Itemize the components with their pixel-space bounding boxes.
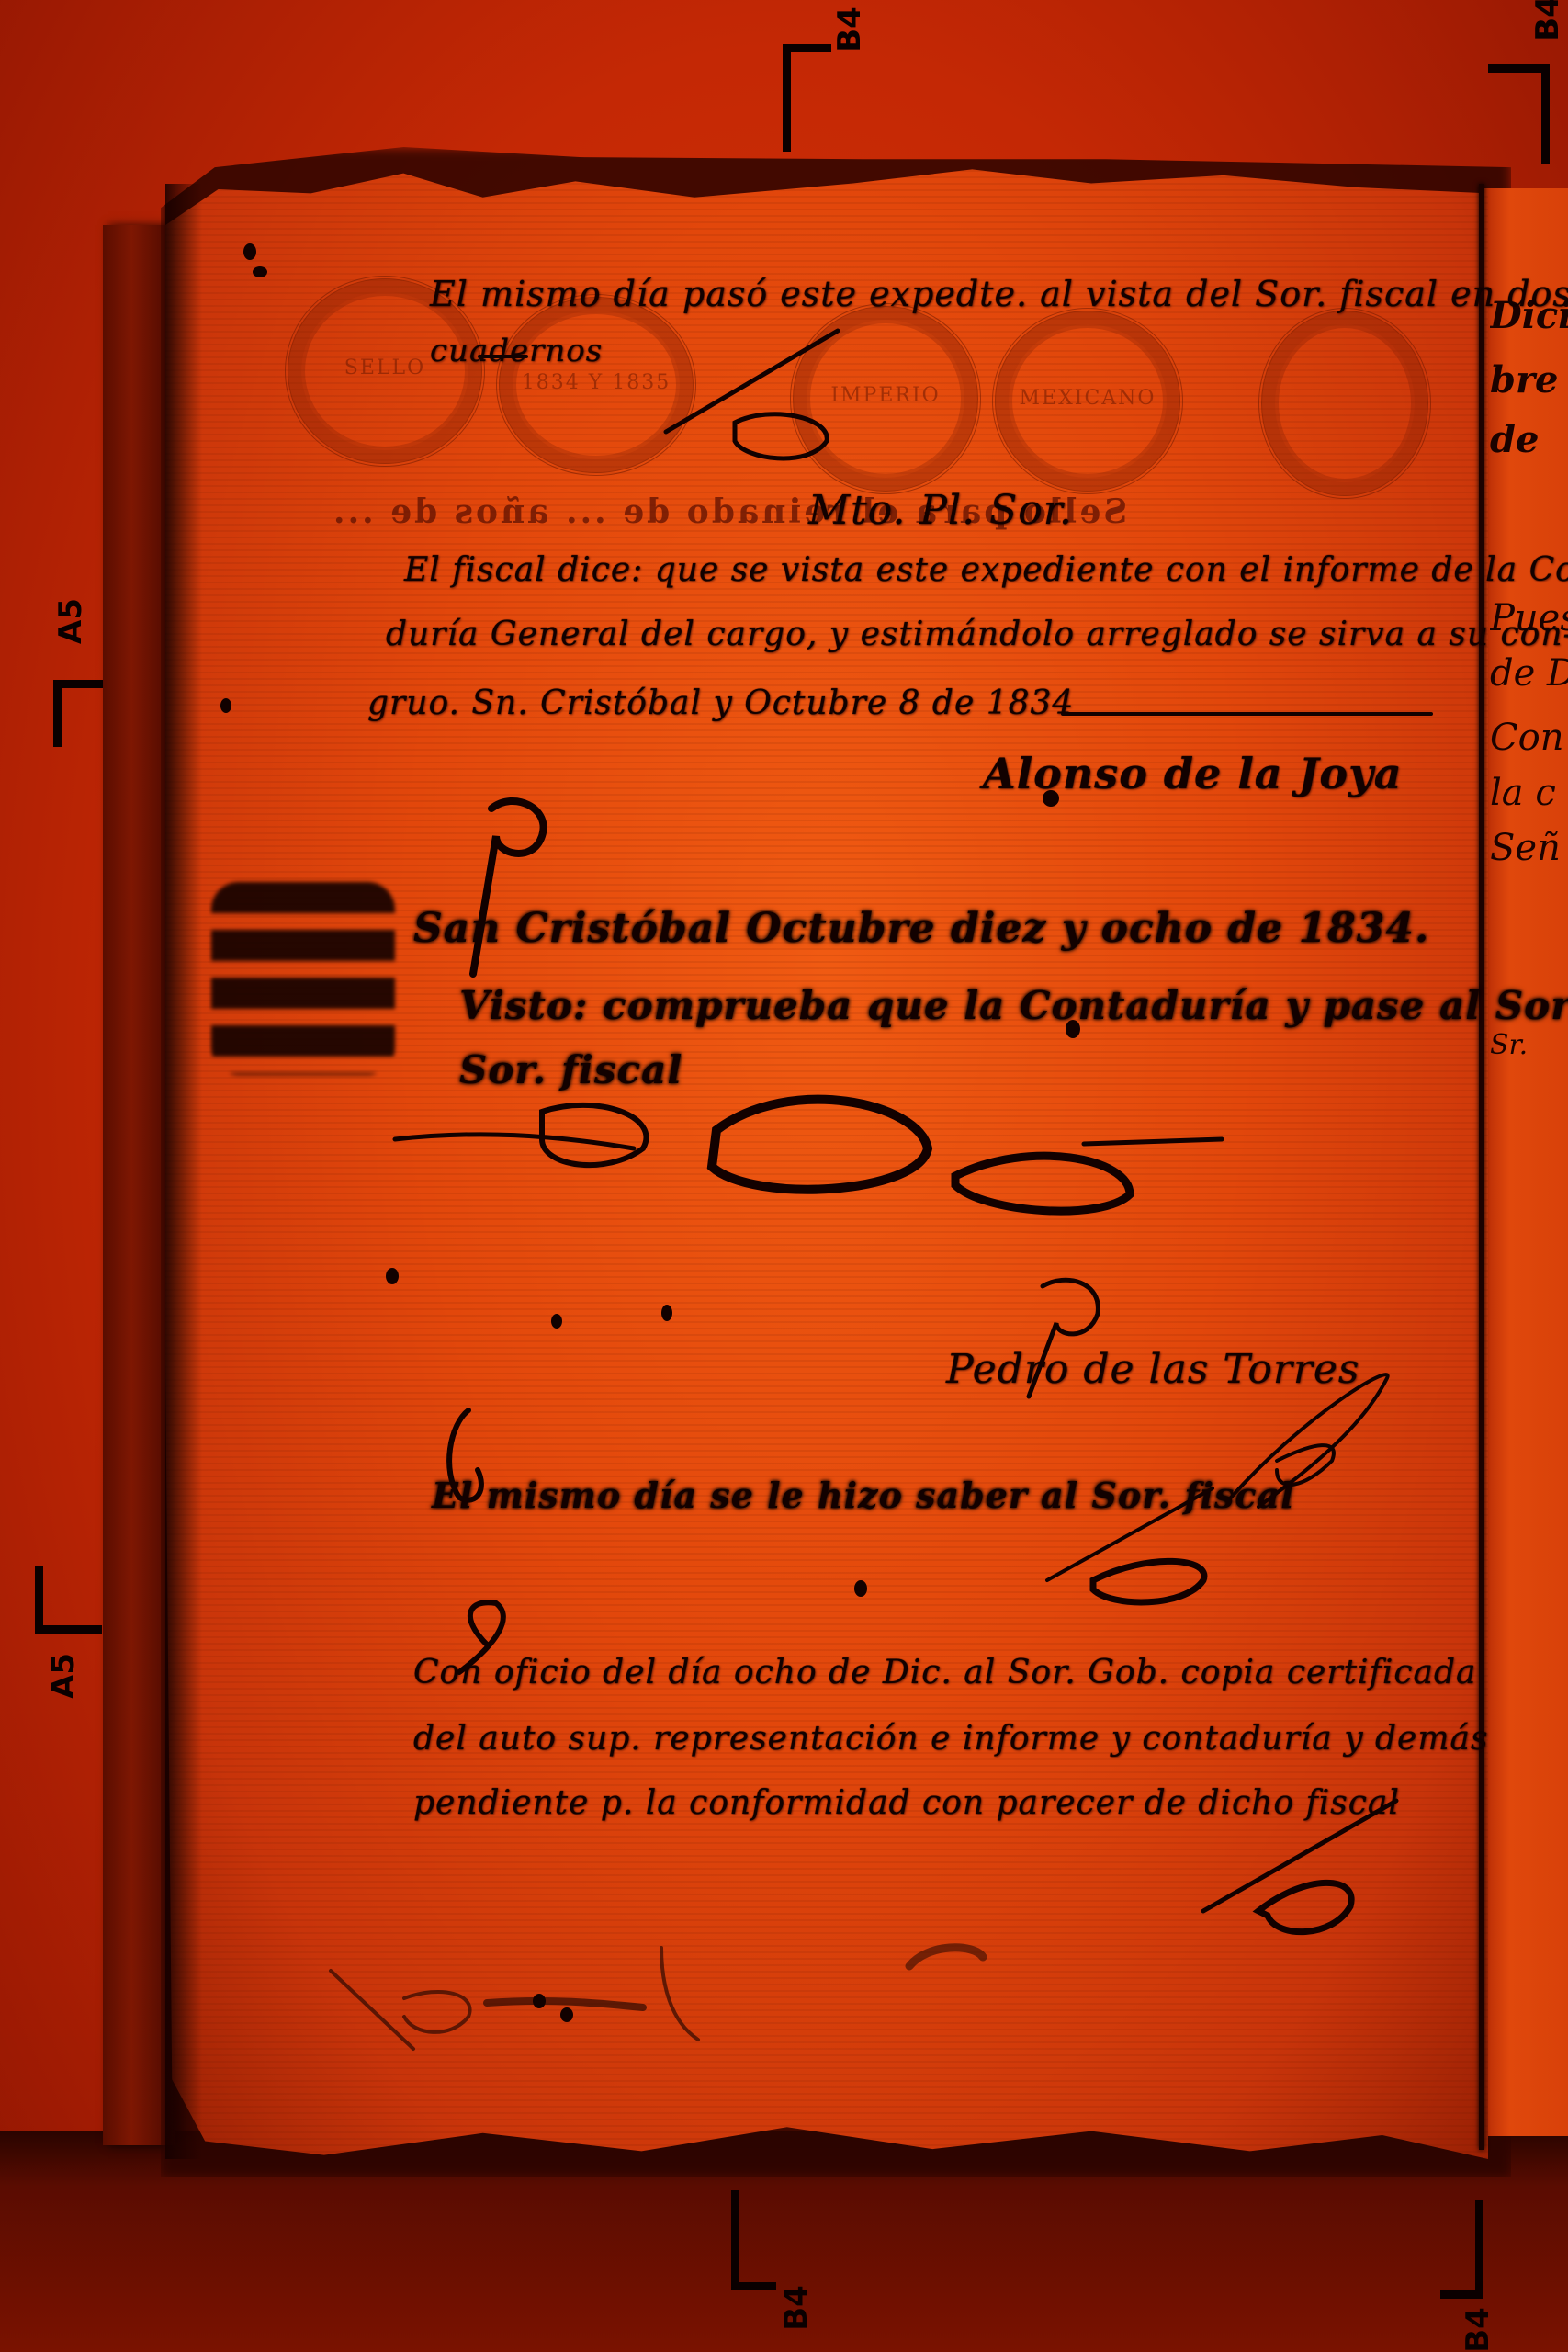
ink-blot xyxy=(1043,790,1059,807)
ink-blot xyxy=(560,2007,573,2022)
ink-blot xyxy=(661,1305,672,1321)
ink-blot xyxy=(854,1580,867,1597)
ink-blot xyxy=(533,1994,546,2008)
ink-blot xyxy=(1066,1020,1080,1038)
ink-blot xyxy=(253,266,267,277)
ink-blot xyxy=(220,698,231,713)
ink-blot xyxy=(386,1268,399,1284)
ink-blot xyxy=(243,243,256,260)
rubric-flourish xyxy=(0,0,1568,2352)
ink-blot xyxy=(551,1314,562,1329)
